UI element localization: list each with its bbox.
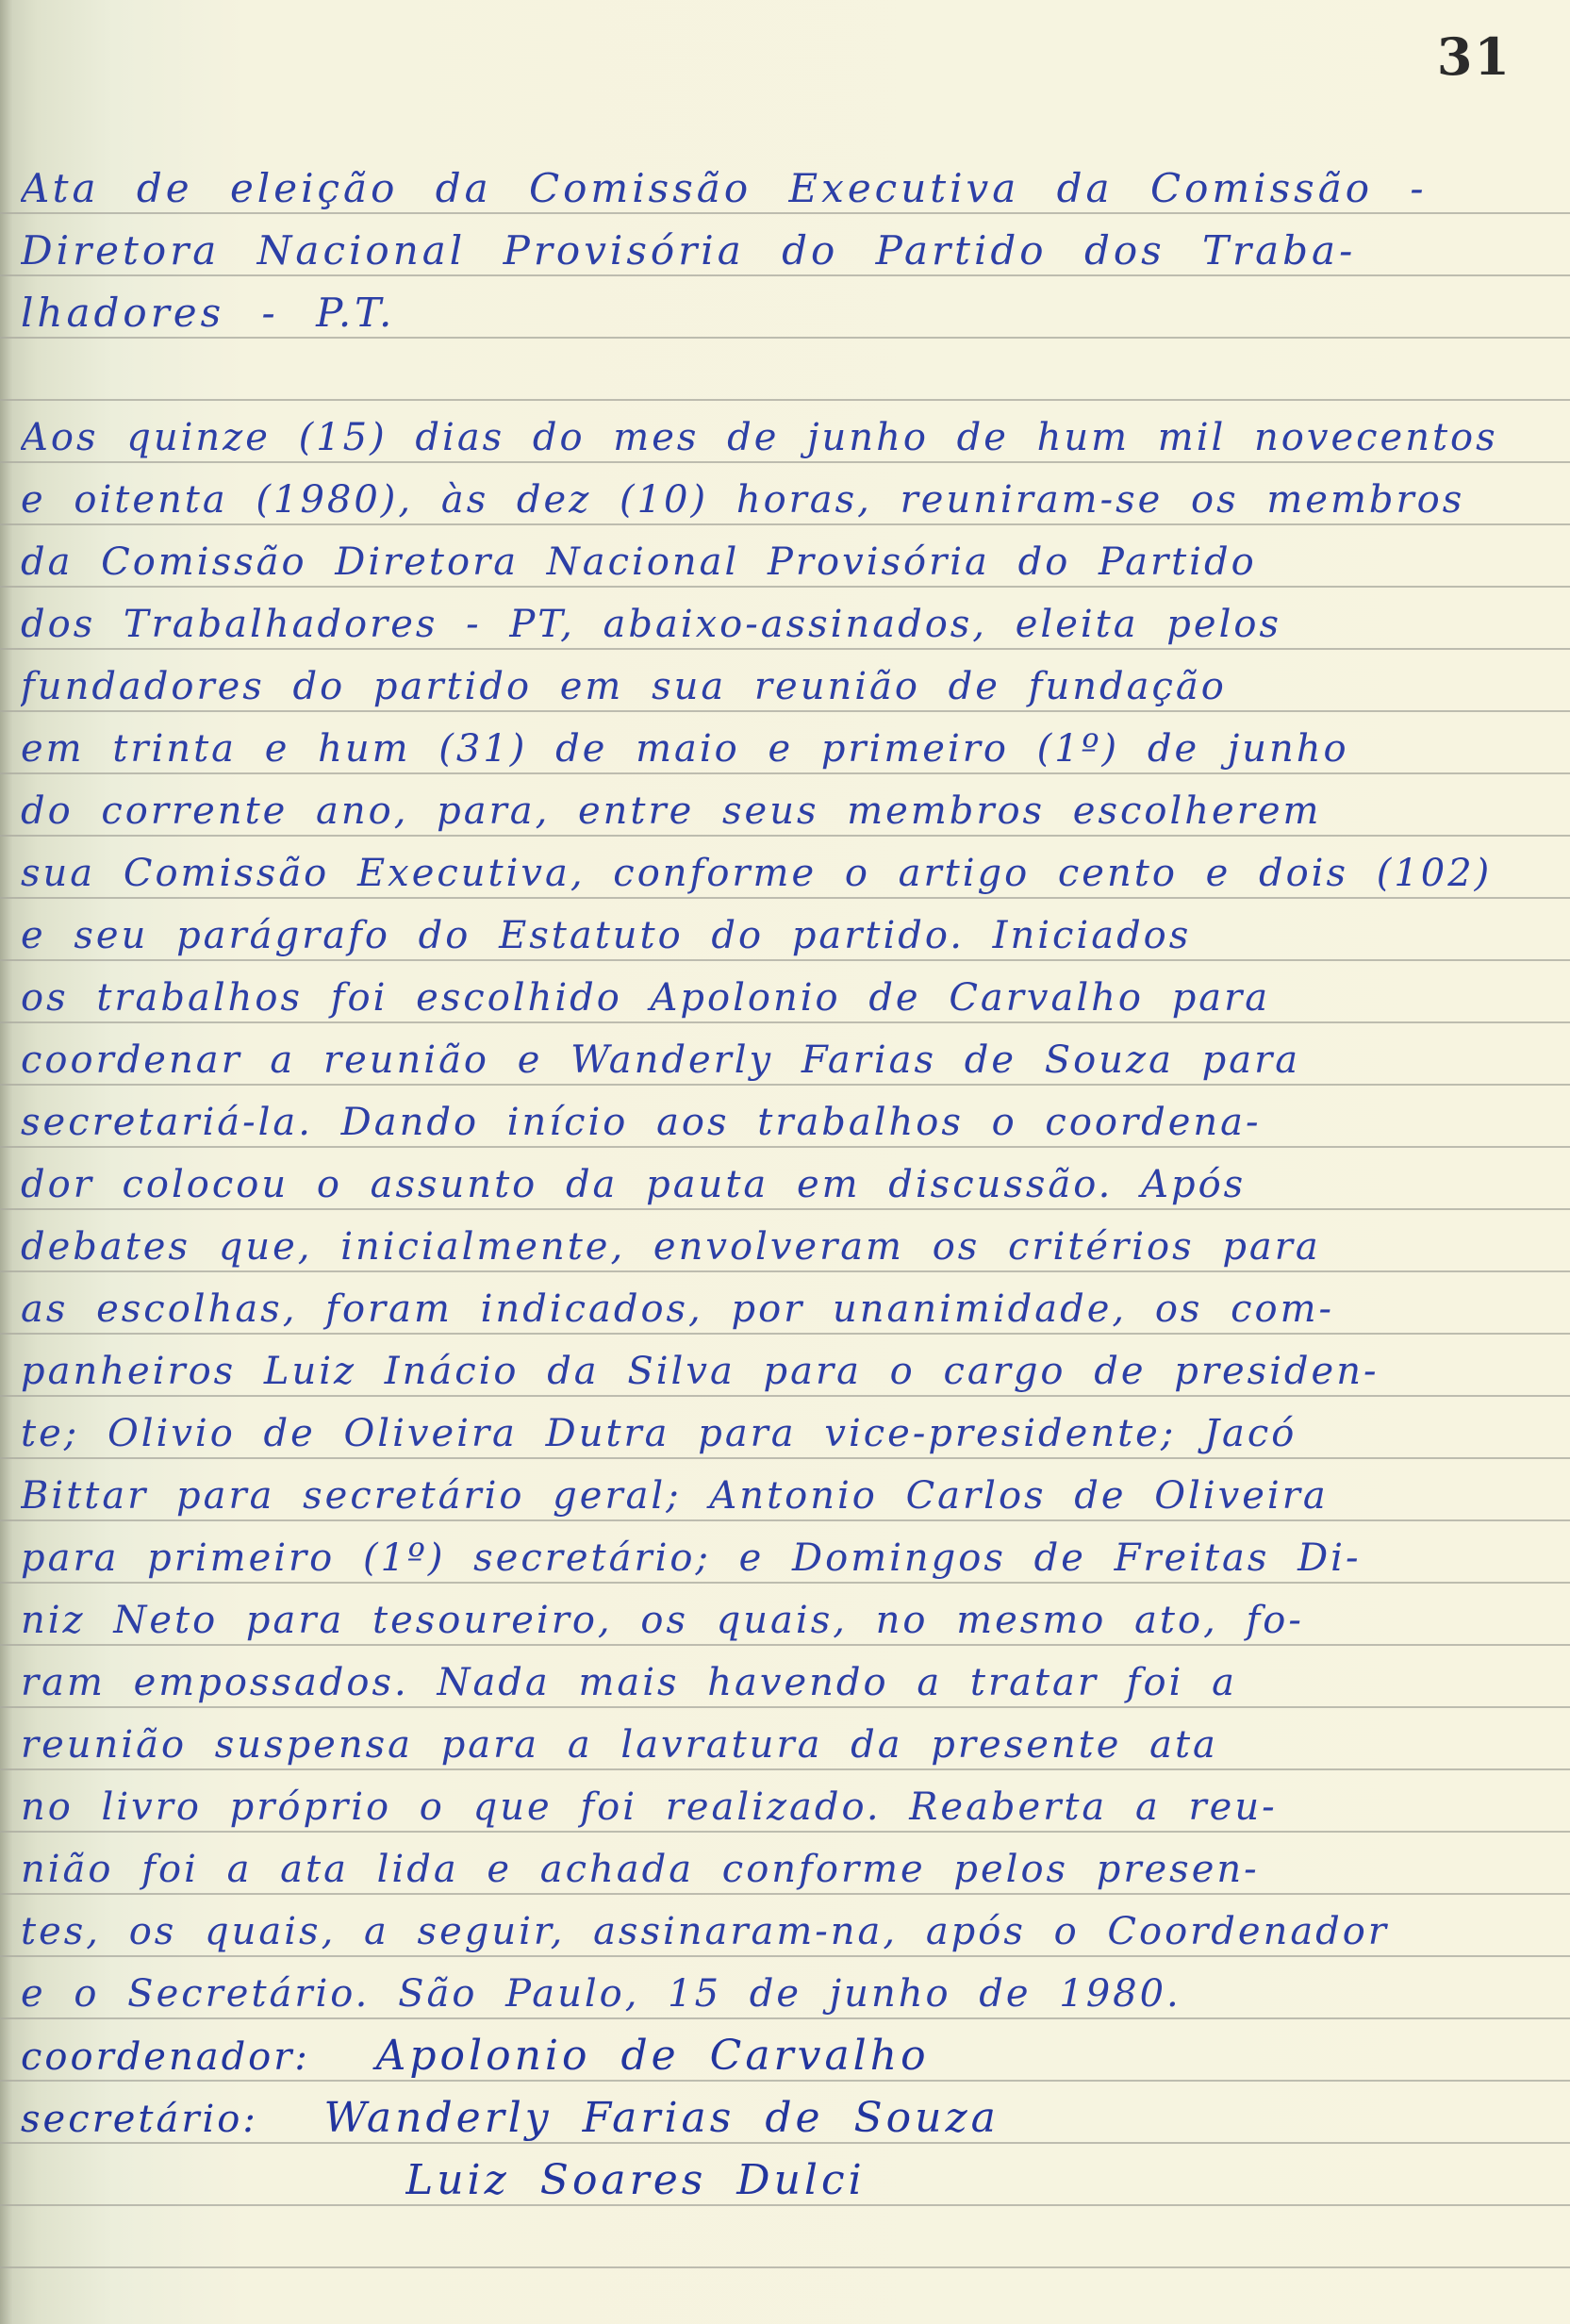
body-line: para primeiro (1º) secretário; e Domingo…: [21, 1530, 1567, 1586]
body-line: dor colocou o assunto da pauta em discus…: [21, 1156, 1567, 1213]
secretary-signature-row: secretário: Wanderly Farias de Souza: [21, 2090, 1567, 2147]
secretary-label: secretário:: [21, 2098, 258, 2141]
body-line: no livro próprio o que foi realizado. Re…: [21, 1779, 1567, 1835]
body-line: tes, os quais, a seguir, assinaram-na, a…: [21, 1903, 1567, 1960]
coordinator-signature: Apolonio de Carvalho: [376, 2032, 930, 2080]
body-line: reunião suspensa para a lavratura da pre…: [21, 1717, 1567, 1773]
body-line: niz Neto para tesoureiro, os quais, no m…: [21, 1592, 1567, 1649]
body-line: coordenar a reunião e Wanderly Farias de…: [21, 1032, 1567, 1088]
body-line: os trabalhos foi escolhido Apolonio de C…: [21, 970, 1567, 1026]
body-line: panheiros Luiz Inácio da Silva para o ca…: [21, 1343, 1567, 1400]
title-line: lhadores - P.T.: [21, 285, 1567, 341]
body-line: e seu parágrafo do Estatuto do partido. …: [21, 907, 1567, 964]
body-line: e o Secretário. São Paulo, 15 de junho d…: [21, 1966, 1567, 2022]
secretary-signature: Wanderly Farias de Souza: [324, 2094, 1000, 2142]
ruled-line: [0, 399, 1570, 401]
body-line: ram empossados. Nada mais havendo a trat…: [21, 1654, 1567, 1711]
ruled-line: [0, 2266, 1570, 2268]
ledger-page: 31 Ata de eleição da Comissão Executiva …: [0, 0, 1570, 2324]
body-line: debates que, inicialmente, envolveram os…: [21, 1219, 1567, 1275]
title-line: Ata de eleição da Comissão Executiva da …: [21, 160, 1567, 217]
body-line: Bittar para secretário geral; Antonio Ca…: [21, 1468, 1567, 1524]
body-line: te; Olivio de Oliveira Dutra para vice-p…: [21, 1405, 1567, 1462]
body-line: em trinta e hum (31) de maio e primeiro …: [21, 721, 1567, 777]
coordinator-label: coordenador:: [21, 2035, 310, 2079]
title-line: Diretora Nacional Provisória do Partido …: [21, 223, 1567, 279]
coordinator-signature-row: coordenador: Apolonio de Carvalho: [21, 2028, 1567, 2084]
body-line: sua Comissão Executiva, conforme o artig…: [21, 845, 1567, 902]
body-line: secretariá-la. Dando início aos trabalho…: [21, 1094, 1567, 1151]
third-signature-name: Luiz Soares Dulci: [405, 2156, 866, 2204]
third-signature: Luiz Soares Dulci: [405, 2152, 1537, 2209]
body-line: Aos quinze (15) dias do mes de junho de …: [21, 409, 1567, 466]
body-line: e oitenta (1980), às dez (10) horas, reu…: [21, 472, 1567, 528]
body-line: da Comissão Diretora Nacional Provisória…: [21, 534, 1567, 590]
body-line: fundadores do partido em sua reunião de …: [21, 658, 1567, 715]
body-line: nião foi a ata lida e achada conforme pe…: [21, 1841, 1567, 1898]
body-line: do corrente ano, para, entre seus membro…: [21, 783, 1567, 839]
body-line: as escolhas, foram indicados, por unanim…: [21, 1281, 1567, 1337]
page-number: 31: [1437, 26, 1512, 87]
body-line: dos Trabalhadores - PT, abaixo-assinados…: [21, 596, 1567, 653]
